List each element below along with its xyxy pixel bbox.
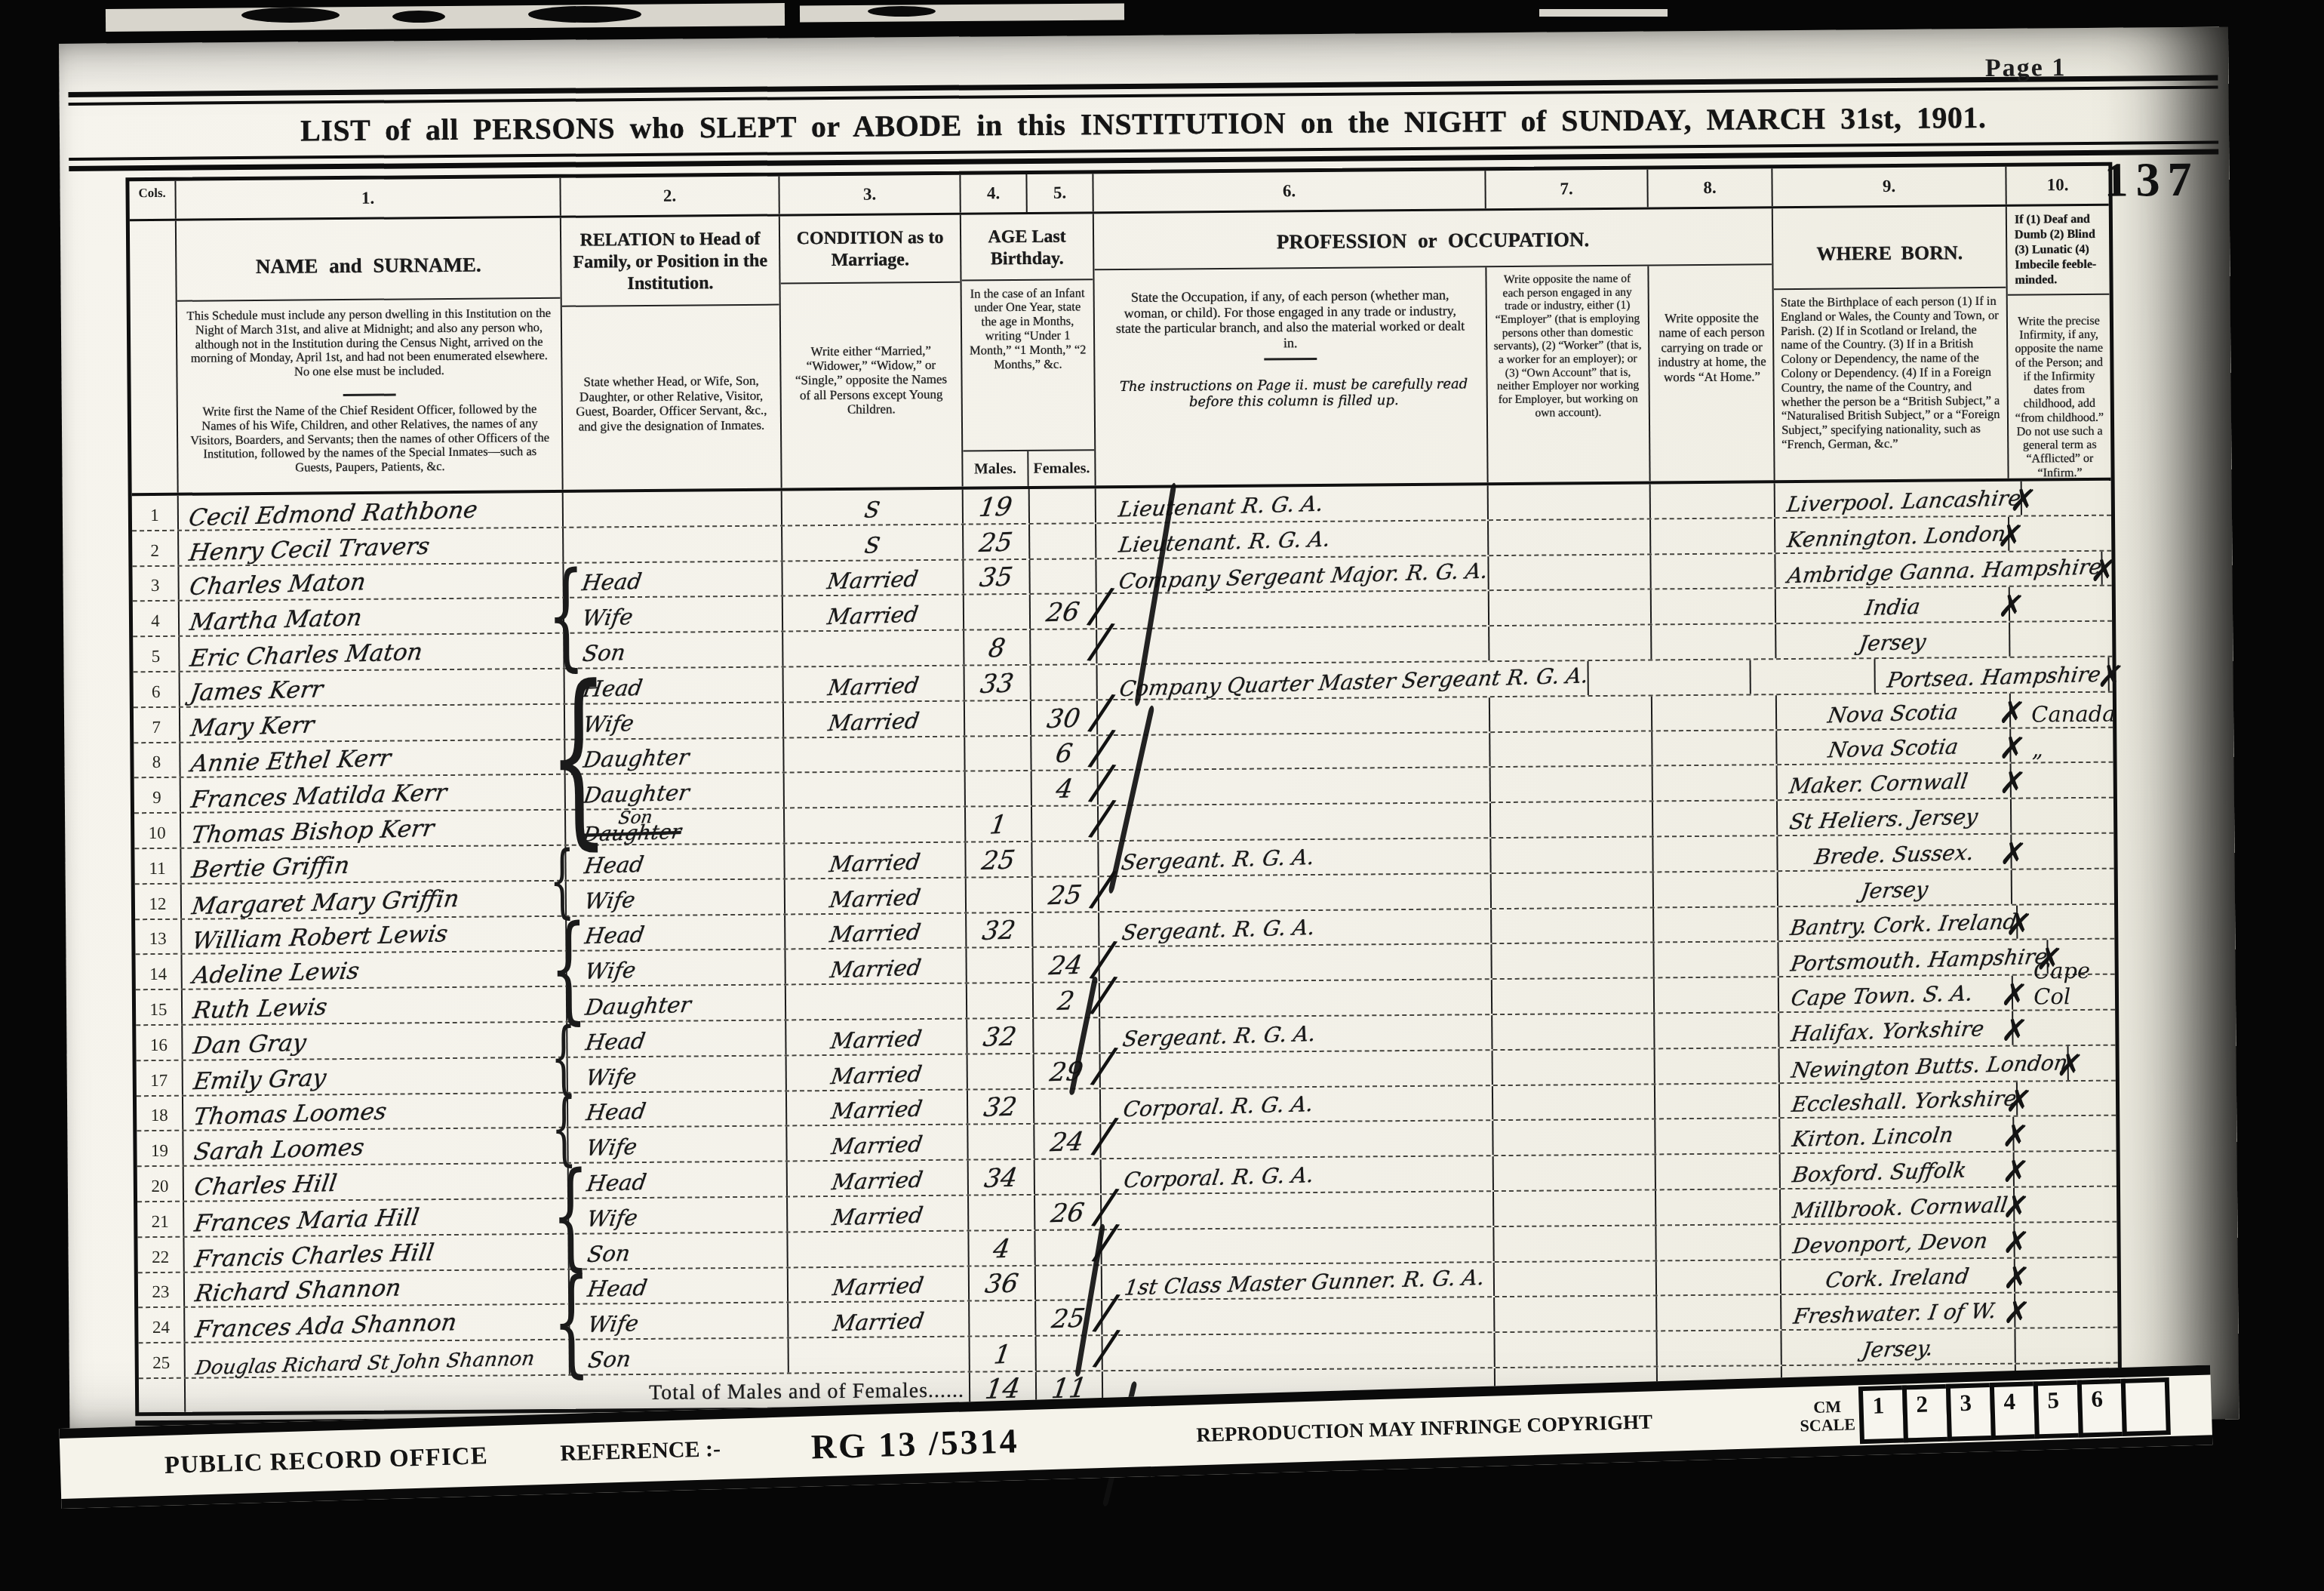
age-females-cell: 30 <box>1031 700 1098 734</box>
name-cell: Adeline Lewis <box>182 952 567 989</box>
relation-value: Head <box>563 675 644 704</box>
infirmity-note: Canada <box>2031 700 2116 727</box>
where-born-value: Cape Town. S. A. <box>1777 980 1975 1013</box>
age-females-cell: 6 <box>1031 736 1098 770</box>
condition-cell: S <box>782 490 964 525</box>
at-home-cell <box>1655 1013 1779 1048</box>
where-born-cell: Halifax. Yorkshire <box>1779 1011 2013 1047</box>
check-mark: ✗ <box>2089 555 2119 586</box>
column-number: 4. <box>961 174 1027 213</box>
relation-value: Daughter <box>564 744 691 775</box>
age-females-cell <box>1035 1159 1102 1193</box>
row-number: 5 <box>133 637 180 671</box>
row-number: 2 <box>132 531 179 565</box>
age-males-cell: 33 <box>965 666 1031 700</box>
where-born-value: Nova Scotia <box>1827 699 1960 728</box>
occupation-cell: Sergeant. R. G. A. <box>1099 839 1491 876</box>
where-born-value: Cork. Ireland <box>1824 1263 1972 1292</box>
relation-value: Head <box>566 1028 647 1057</box>
column-instructions: Write opposite the name of each person e… <box>1486 266 1649 426</box>
age-males-cell <box>966 771 1032 805</box>
scan-artifact <box>106 3 785 32</box>
row-number: 3 <box>132 566 179 600</box>
occupation-cell: ∕ <box>1100 980 1492 1017</box>
age-males-value: 25 <box>980 845 1017 876</box>
age-males-cell <box>965 736 1031 770</box>
condition-cell: Married <box>784 666 965 702</box>
name-cell: Frances Maria Hill <box>184 1199 569 1236</box>
condition-cell: Married <box>787 1090 968 1125</box>
relation-value: Head <box>567 1169 648 1199</box>
employer-cell <box>1489 590 1652 625</box>
age-females-cell <box>1031 629 1097 663</box>
age-males-cell <box>967 878 1033 912</box>
condition-cell <box>785 772 966 808</box>
age-females-cell <box>1030 524 1096 558</box>
occupation-value: Lieutenant R. G. A. <box>1094 491 1325 525</box>
column-header-occupation-group: PROFESSION or OCCUPATION. State the Occu… <box>1094 208 1775 485</box>
column-title: If (1) Deaf and Dumb (2) Blind (3) Lunat… <box>2007 206 2110 296</box>
relation-cell: Head <box>565 667 784 703</box>
employer-cell <box>1491 837 1653 872</box>
name-cell: Ruth Lewis <box>183 987 567 1024</box>
check-mark: ✗ <box>2000 1015 2030 1046</box>
name-cell: Bertie Griffin <box>181 846 566 883</box>
age-females-cell <box>1030 488 1096 522</box>
name-cell: Sarah Loomes <box>183 1128 568 1165</box>
infirmity-cell: ✗ <box>2013 1011 2115 1045</box>
row-number: 10 <box>134 814 181 848</box>
person-name: Adeline Lewis <box>180 958 361 991</box>
condition-value: Married <box>830 1167 924 1195</box>
occupation-value: Sergeant. R. G. A. <box>1096 845 1316 878</box>
column-header-band: NAME and SURNAME. This Schedule must inc… <box>130 206 2111 497</box>
column-number: 10. <box>2006 166 2108 205</box>
infirmity-cell: ✗ <box>2015 1152 2116 1186</box>
relation-corrected: SonDaughter <box>564 809 684 845</box>
person-name: Sarah Loomes <box>181 1134 366 1167</box>
condition-cell: Married <box>782 560 964 595</box>
relation-cell: Head <box>567 1020 786 1056</box>
where-born-value: Bantry. Cork. Ireland <box>1776 909 2018 943</box>
name-cell: Henry Cecil Travers <box>179 528 564 565</box>
column-instructions: This Schedule must include any person dw… <box>177 299 561 388</box>
where-born-value: Jersey. <box>1861 1335 1935 1362</box>
condition-value: S <box>862 497 881 523</box>
age-males-cell: 25 <box>966 842 1032 876</box>
where-born-cell: Maker. Cornwall <box>1778 764 2012 799</box>
condition-value: Married <box>830 1131 924 1159</box>
relation-cell: Head <box>564 562 782 597</box>
age-females-value: 30 <box>1045 703 1082 734</box>
relation-cell: Son <box>564 632 783 668</box>
occupation-value: Sergeant. R. G. A. <box>1097 915 1317 948</box>
condition-value: Married <box>825 566 920 594</box>
name-cell: Emily Gray <box>183 1057 568 1094</box>
age-females-value: 24 <box>1049 1127 1086 1158</box>
infirmity-cell: ✗ <box>2068 1045 2116 1079</box>
row-number: 19 <box>137 1131 183 1165</box>
column-instructions: The instructions on Page ii. must be car… <box>1101 366 1486 418</box>
where-born-value: Nova Scotia <box>1827 734 1960 763</box>
name-cell: Thomas Bishop Kerr <box>181 811 566 848</box>
infirmity-cell: ✗ <box>2109 657 2124 691</box>
name-cell: Margaret Mary Griffin <box>182 882 567 919</box>
cm-scale-label: CM SCALE <box>1791 1386 1864 1446</box>
age-males-value: 8 <box>987 633 1008 664</box>
condition-cell: Married <box>788 1302 970 1337</box>
name-cell: Eric Charles Maton <box>180 634 564 671</box>
column-number: 3. <box>779 175 961 214</box>
person-name: Emily Gray <box>181 1064 328 1096</box>
age-males-value: 1 <box>988 810 1009 841</box>
infirmity-cell <box>2012 799 2113 833</box>
age-males-cell <box>967 983 1034 1017</box>
age-males-value: 33 <box>979 668 1016 699</box>
age-females-cell <box>1036 1336 1102 1370</box>
at-home-cell <box>1655 1048 1780 1083</box>
condition-value: Married <box>828 884 922 912</box>
check-mark: ✗ <box>2001 1156 2030 1187</box>
where-born-value: Jersey <box>1859 876 1929 903</box>
condition-cell: Married <box>786 1020 967 1055</box>
name-cell: Dan Gray <box>183 1023 567 1060</box>
relation-value: Wife <box>565 957 638 986</box>
column-header-infirmity: If (1) Deaf and Dumb (2) Blind (3) Lunat… <box>2007 206 2111 479</box>
column-number: 7. <box>1486 169 1648 208</box>
infirmity-note: „ <box>2031 737 2043 762</box>
age-males-value: 32 <box>982 1021 1019 1052</box>
occupation-cell: Lieutenant R. G. A. <box>1096 485 1489 522</box>
age-males-cell <box>970 1301 1036 1335</box>
infirmity-note: Cape Col <box>2033 958 2115 1010</box>
where-born-value: Jersey <box>1858 629 1928 657</box>
infirmity-cell <box>2010 622 2112 657</box>
column-instructions: State the Occupation, if any, of each pe… <box>1094 267 1486 352</box>
scale-tick-box: 5 <box>2033 1380 2083 1439</box>
scanned-census-page: Page 1 137 LIST of all PERSONS who SLEPT… <box>59 26 2239 1436</box>
at-home-cell <box>1655 1084 1780 1119</box>
column-instructions: In the case of an Infant under One Year,… <box>962 280 1095 451</box>
row-number: 20 <box>137 1167 184 1201</box>
occupation-cell: 1st Class Master Gunner. R. G. A. <box>1102 1263 1495 1300</box>
age-males-value: 32 <box>982 1092 1019 1123</box>
column-instructions: State the Birthplace of each person (1) … <box>1774 288 2008 458</box>
relation-cell <box>564 491 782 526</box>
cm-scale-ruler: CM SCALE 123456 <box>1791 1377 2171 1446</box>
age-females-cell <box>1032 806 1099 840</box>
infirmity-cell: ✗ <box>2015 1187 2116 1222</box>
employer-cell <box>1494 1190 1656 1225</box>
condition-value: Married <box>830 1096 924 1124</box>
where-born-value: Devonport, Devon <box>1778 1228 1989 1261</box>
at-home-cell <box>1656 1189 1781 1224</box>
occupation-cell: ∕ <box>1102 1192 1494 1229</box>
condition-value: Married <box>827 707 921 735</box>
relation-cell: Head <box>570 1268 788 1303</box>
record-office-label: PUBLIC RECORD OFFICE <box>164 1442 488 1480</box>
condition-value: Married <box>828 955 923 983</box>
age-males-cell: 32 <box>967 1019 1034 1053</box>
row-number: 23 <box>138 1272 185 1306</box>
check-mark: ✗ <box>1998 768 2027 799</box>
employer-cell <box>1492 872 1654 907</box>
person-name: Henry Cecil Travers <box>177 532 432 568</box>
occupation-cell: Sergeant. R. G. A. <box>1100 1015 1492 1052</box>
infirmity-cell: ✗ <box>2012 834 2113 869</box>
occupation-cell: ∕ <box>1101 1121 1493 1158</box>
column-title: PROFESSION or OCCUPATION. <box>1094 208 1772 270</box>
relation-value: Son <box>567 1240 632 1269</box>
employer-cell <box>1491 767 1653 802</box>
check-mark: ✗ <box>1999 839 2028 869</box>
age-males-value: 34 <box>982 1163 1019 1194</box>
name-cell: Frances Ada Shannon <box>185 1305 570 1342</box>
relation-cell: Wife <box>564 597 783 632</box>
column-header-name: NAME and SURNAME. This Schedule must inc… <box>177 218 564 493</box>
age-males-cell: 4 <box>969 1231 1035 1265</box>
where-born-value: Liverpool. Lancashire <box>1773 485 2023 519</box>
at-home-cell <box>1654 872 1778 906</box>
name-cell: Francis Charles Hill <box>184 1234 569 1271</box>
cols-label: Cols. <box>129 181 176 219</box>
row-number: 12 <box>135 885 182 919</box>
relation-value: Wife <box>568 1310 641 1340</box>
where-born-cell: Bantry. Cork. Ireland <box>1778 905 2018 940</box>
column-title: AGE Last Birthday. <box>961 214 1093 281</box>
employer-cell <box>1489 484 1651 519</box>
relation-value: Head <box>567 1275 649 1304</box>
where-born-cell: Jersey <box>1778 869 2012 905</box>
where-born-value: Freshwater. I of W. <box>1779 1298 1997 1331</box>
at-home-cell <box>1652 731 1777 765</box>
check-mark: ✗ <box>2002 1263 2031 1294</box>
employer-cell <box>1492 979 1655 1014</box>
relation-value: Daughter <box>565 992 693 1023</box>
occupation-value: Lieutenant. R. G. A. <box>1094 526 1332 560</box>
where-born-cell: Ambridge Ganna. Hampshire <box>1775 551 2102 587</box>
occupation-cell: Corporal. R. G. A. <box>1101 1086 1493 1123</box>
condition-value: Married <box>829 1060 924 1088</box>
age-females-cell: 29 <box>1034 1054 1101 1088</box>
employer-cell <box>1493 1085 1655 1119</box>
age-females-value: 6 <box>1054 739 1075 770</box>
condition-cell <box>788 1231 969 1266</box>
occupation-cell: ∕ <box>1098 733 1490 770</box>
condition-value: Married <box>831 1202 925 1230</box>
age-males-cell: 36 <box>970 1266 1036 1300</box>
employer-cell <box>1495 1261 1657 1296</box>
at-home-cell <box>1655 977 1779 1012</box>
person-name: William Robert Lewis <box>180 921 450 956</box>
where-born-cell: Brede. Sussex. <box>1778 835 2012 870</box>
column-title: NAME and SURNAME. <box>177 218 561 302</box>
relation-value: Daughter <box>564 780 691 811</box>
age-males-cell <box>967 948 1033 982</box>
age-males-value: 4 <box>991 1233 1013 1264</box>
reference-number: RG 13 /5314 <box>810 1420 1019 1466</box>
column-number: 9. <box>1772 167 2006 206</box>
relation-cell: Wife <box>565 703 784 738</box>
where-born-cell: Devonport, Devon <box>1781 1223 2015 1258</box>
column-number: 1. <box>176 178 561 219</box>
infirmity-cell: ✗ <box>2010 586 2112 621</box>
occupation-cell: ∕ <box>1099 803 1491 840</box>
where-born-value: Brede. Sussex. <box>1813 840 1976 869</box>
at-home-cell <box>1657 1295 1781 1330</box>
name-cell: Douglas Richard St John Shannon <box>186 1340 570 1377</box>
name-cell: Cecil Edmond Rathbone <box>179 493 564 530</box>
person-name: Frances Maria Hill <box>182 1204 421 1239</box>
row-number: 14 <box>135 955 182 989</box>
column-title: CONDITION as to Marriage. <box>780 215 961 284</box>
condition-cell <box>785 808 966 843</box>
condition-cell: Married <box>785 913 967 949</box>
condition-value: Married <box>829 1026 924 1054</box>
infirmity-cell: ✗Canada <box>2011 692 2116 727</box>
where-born-value: Millbrook. Cornwall <box>1778 1192 2009 1226</box>
infirmity-cell: ✗ <box>2015 1257 2117 1292</box>
scale-tick-box: 6 <box>2077 1379 2127 1438</box>
scale-tick-box: 2 <box>1902 1384 1952 1443</box>
row-number: 18 <box>137 1096 183 1130</box>
employer-cell <box>1493 1120 1655 1155</box>
age-females-cell: 26 <box>1031 595 1097 629</box>
column-header-condition: CONDITION as to Marriage. Write either “… <box>780 215 964 488</box>
occupation-cell: ∕ <box>1099 768 1491 805</box>
name-cell: William Robert Lewis <box>182 916 567 953</box>
condition-value: Married <box>828 849 922 877</box>
employer-cell <box>1490 731 1652 766</box>
check-mark: ✗ <box>1996 521 2025 552</box>
occupation-cell: ∕ <box>1098 697 1490 734</box>
relation-value: Son <box>568 1346 633 1374</box>
age-males-cell <box>964 595 1031 629</box>
at-home-cell <box>1656 1225 1781 1260</box>
check-mark: ✗ <box>2002 1227 2031 1258</box>
where-born-cell: St Heliers. Jersey <box>1778 799 2012 835</box>
relation-cell: Wife <box>569 1197 788 1232</box>
relation-cell: Wife <box>567 950 785 986</box>
check-mark: ✗ <box>2001 1121 2030 1152</box>
where-born-value: Eccleshall. Yorkshire <box>1778 1086 2018 1120</box>
where-born-value: Boxford. Suffolk <box>1778 1158 1969 1190</box>
scale-tick-box: 4 <box>1990 1381 2040 1440</box>
where-born-cell: Cape Town. S. A. <box>1779 976 2013 1011</box>
age-males-cell: 32 <box>968 1089 1034 1123</box>
person-name: Ruth Lewis <box>180 993 329 1026</box>
females-subheader: Females. <box>1028 451 1094 486</box>
infirmity-cell <box>2012 869 2114 903</box>
person-name: Annie Ethel Kerr <box>178 745 392 779</box>
where-born-cell: Boxford. Suffolk <box>1781 1152 2015 1188</box>
where-born-value: St Heliers. Jersey <box>1775 804 1979 837</box>
census-table: Cols. 1. 2. 3. 4. 5. 6. 7. 8. 9. 10. NAM… <box>125 162 2122 1417</box>
condition-cell <box>786 984 967 1020</box>
age-males-cell <box>968 1054 1034 1088</box>
check-mark: ✗ <box>1998 733 2027 764</box>
age-males-value: 35 <box>978 562 1015 593</box>
column-number: 5. <box>1027 174 1093 212</box>
occupation-cell: ∕ <box>1099 874 1492 911</box>
condition-cell: Married <box>788 1266 970 1302</box>
relation-value: Son <box>563 639 628 668</box>
column-instructions: Write opposite the name of each person c… <box>1649 265 1775 429</box>
age-males-cell: 34 <box>969 1160 1035 1194</box>
employer-cell <box>1492 1014 1655 1048</box>
relation-cell: Wife <box>567 879 785 915</box>
occupation-cell: ∕ <box>1097 626 1489 663</box>
column-number: 2. <box>561 177 779 216</box>
relation-value: Wife <box>566 1063 638 1093</box>
condition-value: Married <box>826 672 921 700</box>
check-mark: ✗ <box>2009 485 2038 516</box>
person-name: Frances Ada Shannon <box>183 1309 459 1344</box>
relation-cell: Wife <box>568 1127 787 1162</box>
relation-value: Wife <box>563 710 635 740</box>
employer-cell <box>1492 908 1654 943</box>
where-born-value: Portsmouth. Hampshire <box>1776 944 2049 979</box>
where-born-cell: Portsea. Hampshire <box>1875 657 2109 693</box>
column-instructions: Write first the Name of the Chief Reside… <box>178 402 562 484</box>
relation-cell <box>564 526 782 562</box>
relation-struck-value: Daughter <box>582 823 683 845</box>
relation-value: Wife <box>564 887 637 916</box>
relation-value: Head <box>564 851 646 881</box>
relation-value: Head <box>566 1098 647 1128</box>
where-born-cell: Kennington. London <box>1775 517 2009 552</box>
occupation-cell: ∕ <box>1102 1333 1495 1370</box>
check-mark: ✗ <box>2055 1050 2085 1081</box>
relation-value: Head <box>562 568 644 598</box>
infirmity-cell: ✗„ <box>2011 728 2113 762</box>
where-born-cell: Eccleshall. Yorkshire <box>1780 1082 2018 1117</box>
where-born-cell: Freshwater. I of W. <box>1781 1294 2015 1329</box>
name-cell: Thomas Loomes <box>183 1093 568 1130</box>
folio-stamp-number: 137 <box>2104 152 2199 208</box>
person-name: Richard Shannon <box>183 1275 403 1309</box>
relation-cell: Daughter <box>567 986 786 1021</box>
person-name: Thomas Bishop Kerr <box>179 815 436 851</box>
check-mark: ✗ <box>1997 697 2027 728</box>
name-cell: Charles Hill <box>184 1164 569 1201</box>
person-name: Mary Kerr <box>178 711 316 743</box>
age-males-cell: 35 <box>964 560 1030 594</box>
row-number: 17 <box>137 1060 183 1094</box>
infirmity-cell <box>2015 1328 2117 1363</box>
person-name: Dan Gray <box>180 1029 308 1060</box>
relation-cell: Daughter <box>565 738 784 774</box>
scale-tick-box: 3 <box>1946 1383 1996 1442</box>
at-home-cell <box>1657 1331 1781 1365</box>
row-number: 24 <box>138 1308 185 1342</box>
age-males-cell: 19 <box>964 489 1030 523</box>
column-number: 8. <box>1648 168 1772 207</box>
copyright-notice: REPRODUCTION MAY INFRINGE COPYRIGHT <box>1196 1410 1652 1447</box>
occupation-cell: Corporal. R. G. A. <box>1102 1156 1494 1193</box>
age-males-cell: 1 <box>966 807 1032 841</box>
relation-cell: Head <box>566 844 785 879</box>
person-name: Frances Matilda Kerr <box>179 779 449 814</box>
age-females-cell <box>1034 1089 1101 1123</box>
employer-cell <box>1490 696 1652 731</box>
condition-value: S <box>863 532 882 559</box>
age-females-cell <box>1035 1230 1102 1264</box>
age-males-cell: 8 <box>964 630 1031 664</box>
person-name: Eric Charles Maton <box>177 639 424 673</box>
age-females-value: 25 <box>1047 879 1084 910</box>
age-females-value: 26 <box>1050 1198 1087 1229</box>
